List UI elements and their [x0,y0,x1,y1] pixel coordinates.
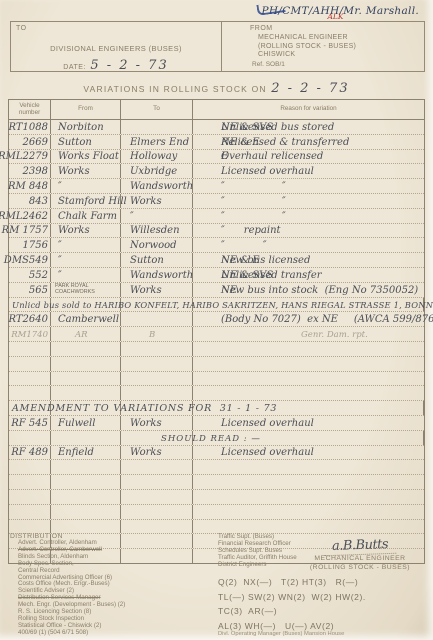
cell-to: Sutton [121,253,193,267]
spanning-note: SHOULD READ : — [161,434,261,444]
table-row: RT1088NorbitonUnlicensed bus storedNE & … [9,120,424,135]
handwritten-reason: Licensed overhaul [221,418,314,430]
handwritten-reason: ″ ″ [221,196,286,208]
variations-table: Vehicle numberFromToReason for variation… [8,99,425,564]
distribution-middle-list: Traffic Supt. (Buses)Financial Research … [218,534,297,569]
handwritten-from: Norbiton [58,122,104,134]
cell-from: Enfield [51,446,121,460]
handwritten-to: Willesden [130,225,180,237]
cell-to: Works [121,446,193,460]
table-row [9,490,424,505]
handwritten-from: ″ [58,255,62,267]
cell-from: Camberwell [51,312,121,326]
cell-to: Works [121,283,193,297]
red-initials: ALK [327,12,343,21]
cell-num [9,342,51,356]
cell-reason: ″ ″ [193,194,424,208]
cell-to [121,475,193,489]
table-row [9,372,424,387]
cell-num [9,520,51,534]
table-row: 2669SuttonElmers EndRelicensed & transfe… [9,135,424,150]
table-row [9,460,424,475]
cell-reason: Unlicensed transferNE & SVS [193,268,424,282]
garage-code-line: TC(3) AR(—) [218,604,366,619]
table-row: 2398WorksUxbridgeLicensed overhaul [9,164,424,179]
table-header-row: Vehicle numberFromToReason for variation [9,100,424,120]
table-row: Unlicd bus sold to HARIBO KONFELT, HARIB… [9,298,424,313]
handwritten-reason: ″ ″ [221,181,286,193]
cell-from: Works [51,224,121,238]
table-row: RF 489EnfieldWorksLicensed overhaul [9,446,424,461]
cell-num [9,505,51,519]
cell-to [121,357,193,371]
cell-reason [193,475,424,489]
handwritten-from: AR [75,329,88,341]
handwritten-reason: Genr. Dam. rpt. [301,329,368,341]
handwritten-from: ″ [58,240,62,252]
cell-reason [193,386,424,400]
table-row: RM 848″Wandsworth″ ″ [9,179,424,194]
table-row: 843Stamford HillWorks″ ″ [9,194,424,209]
cell-num: RF 545 [9,416,51,430]
column-header: To [121,100,193,119]
cell-reason [193,342,424,356]
cell-num [9,386,51,400]
cell-to [121,490,193,504]
stock-code: NE & SVS [221,122,421,134]
garage-code-line: Q(2) NX(—) T(2) HT(3) R(—) [218,575,366,590]
cell-from [51,490,121,504]
handwritten-to: Holloway [130,151,177,163]
cell-from [51,357,121,371]
handwritten-num: RM1740 [11,329,48,341]
handwritten-num: 1756 [23,240,48,252]
cell-reason [193,357,424,371]
cell-num: RM1740 [9,327,51,341]
distribution-item: 400/69 (1) (504 6/71 508) [10,630,210,637]
cell-from: ″ [51,253,121,267]
handwritten-reason: ″ ″ [221,211,286,223]
handwritten-from: Works [58,166,90,178]
cell-to [121,460,193,474]
cell-reason: (Body No 7027) ex NE (AWCA 599/876) [193,312,424,326]
cell-from: Works Float [51,150,121,164]
cell-num: 552 [9,268,51,282]
cell-reason [193,505,424,519]
handwritten-num: RML2279 [0,151,48,163]
cell-from [51,342,121,356]
cell-reason: New bus into stock (Eng No 7350052)NE [193,283,424,297]
date-handwritten: 5 - 2 - 73 [90,58,168,73]
scanned-form-page: PH/CMT/AHH/Mr. Marshall. ALK TO DIVISION… [0,0,433,640]
cell-reason: ″ ″ [193,179,424,193]
cell-to [121,372,193,386]
table-row [9,357,424,372]
column-header: From [51,100,121,119]
codes-footer: Divl. Operating Manager (Buses) Mansion … [218,631,344,637]
handwritten-from: PARK ROYAL COACHWORKS [55,284,95,295]
routing-annotation: PH/CMT/AHH/Mr. Marshall. ALK [261,1,419,19]
handwritten-num: 552 [29,270,48,282]
cell-reason: Licensed overhaul [193,164,424,178]
cell-to: ″ [121,209,193,223]
cell-from [51,475,121,489]
handwritten-num: RT1088 [9,122,48,134]
cell-reason: ″ repaint [193,224,424,238]
handwritten-to: Sutton [130,255,164,267]
handwritten-from: Chalk Farm [58,211,117,223]
handwritten-from: Works Float [58,151,119,163]
signature-script: a.B.Butts [324,537,397,557]
table-row: RM 1757WorksWillesden″ repaint [9,224,424,239]
handwritten-num: RF 545 [11,418,48,430]
cell-num [9,372,51,386]
handwritten-from: Works [58,225,90,237]
handwritten-num: 2669 [23,137,48,149]
cell-to: Elmers End [121,135,193,149]
handwritten-num: DMS549 [4,255,48,267]
cell-reason: ″ ″ [193,238,424,252]
handwritten-to: Works [130,418,162,430]
table-row [9,342,424,357]
table-row: DMS549″SuttonNew bus licensedNE & E [9,253,424,268]
handwritten-num: RM 1757 [2,225,48,237]
cell-from: ″ [51,179,121,193]
cell-num: DMS549 [9,253,51,267]
cell-num [9,475,51,489]
table-row: 565PARK ROYAL COACHWORKSWorksNew bus int… [9,283,424,298]
title-date-handwritten: 2 - 2 - 73 [271,81,349,96]
cell-reason [193,372,424,386]
cell-reason: New bus licensedNE & E [193,253,424,267]
cell-from: ″ [51,268,121,282]
to-label: TO [16,25,27,32]
cell-to [121,505,193,519]
form-title: VARIATIONS IN ROLLING STOCK ON 2 - 2 - 7… [0,79,433,97]
cell-reason: Unlicensed bus storedNE & SVS [193,120,424,134]
cell-to: Willesden [121,224,193,238]
from-label: FROM [250,25,273,32]
table-row: RML2462Chalk Farm″″ ″ [9,209,424,224]
handwritten-num: RM 848 [8,181,48,193]
table-row: RM1740ARBGenr. Dam. rpt. [9,327,424,342]
cell-reason: Licensed overhaul [193,446,424,460]
column-header: Vehicle number [9,100,51,119]
cell-to [121,342,193,356]
garage-codes: Q(2) NX(—) T(2) HT(3) R(—)TL(—) SW(2) WN… [218,575,366,633]
cell-to: Works [121,194,193,208]
cell-from [51,520,121,534]
handwritten-num: RML2462 [0,211,48,223]
cell-reason: Genr. Dam. rpt. [193,327,424,341]
cell-num: RML2462 [9,209,51,223]
cell-num: RM 848 [9,179,51,193]
cell-num [9,357,51,371]
handwritten-to: Elmers End [130,137,189,149]
handwritten-from: Enfield [58,447,94,459]
handwritten-num: RF 489 [11,447,48,459]
cell-from: Chalk Farm [51,209,121,223]
handwritten-from: ″ [58,181,62,193]
table-row: SHOULD READ : — [9,431,424,446]
handwritten-num: 2398 [23,166,48,178]
distribution-list: DISTRIBUTION Advert. Controller, Aldenha… [10,533,210,637]
cell-from: AR [51,327,121,341]
table-row [9,386,424,401]
cell-from [51,505,121,519]
handwritten-from: Stamford Hill [58,196,127,208]
cell-from [51,460,121,474]
cell-reason: ″ ″ [193,209,424,223]
distribution-items: Advert. Controller, AldenhamAdvert. Cont… [10,540,210,637]
table-row [9,475,424,490]
column-header: Reason for variation [193,100,424,119]
title-printed: VARIATIONS IN ROLLING STOCK ON [83,84,266,94]
cell-num: RF 489 [9,446,51,460]
cell-num [9,431,51,445]
date-line: DATE: 5 - 2 - 73 [11,56,221,74]
cell-to [121,312,193,326]
cell-num: RM 1757 [9,224,51,238]
handwritten-to: Wandsworth [130,270,193,282]
to-value: DIVISIONAL ENGINEERS (BUSES) [11,44,221,53]
cell-num: 2669 [9,135,51,149]
cell-from: Works [51,164,121,178]
handwritten-from: ″ [58,270,62,282]
signature-title-1: MECHANICAL ENGINEER [295,555,425,564]
handwritten-reason: Licensed overhaul [221,166,314,178]
handwritten-to: ″ [130,211,134,223]
cell-reason: Licensed overhaul [193,416,424,430]
cell-from: Norbiton [51,120,121,134]
table-row [9,505,424,520]
handwritten-from: Camberwell [58,314,119,326]
cell-to: Norwood [121,238,193,252]
cell-to [121,520,193,534]
cell-from: ″ [51,238,121,252]
handwritten-from: Sutton [58,137,92,149]
from-ref: Ref. SOB/1 [252,61,285,68]
cell-num: 1756 [9,238,51,252]
to-box: TO DIVISIONAL ENGINEERS (BUSES) DATE: 5 … [10,21,222,72]
cell-to: Wandsworth [121,268,193,282]
handwritten-to: Works [130,447,162,459]
handwritten-reason: ″ repaint [221,225,281,237]
handwritten-to: Wandsworth [130,181,193,193]
handwritten-num: RT2640 [9,314,48,326]
cell-to [121,120,193,134]
date-label: DATE: [63,64,86,71]
cell-from [51,386,121,400]
cell-from [51,372,121,386]
cell-num: 565 [9,283,51,297]
handwritten-to: Works [130,196,162,208]
handwritten-from: Fulwell [58,418,95,430]
cell-to [121,386,193,400]
cell-to: Uxbridge [121,164,193,178]
cell-to: Wandsworth [121,179,193,193]
table-row: 1756″Norwood″ ″ [9,238,424,253]
from-address: MECHANICAL ENGINEER (ROLLING STOCK - BUS… [258,34,356,60]
stock-code: NE & E [221,255,421,267]
stock-code: NE & E [221,137,421,149]
cell-to: Works [121,416,193,430]
handwritten-to: Works [130,285,162,297]
stock-code: E [221,151,421,163]
garage-code-line: TL(—) SW(2) WN(2) W(2) HW(2). [218,590,366,605]
handwritten-reason: (Body No 7027) ex NE (AWCA 599/876) [221,314,433,326]
table-row: RML2279Works FloatHollowayOverhaul relic… [9,150,424,165]
signature-block: a.B.Butts MECHANICAL ENGINEER (ROLLING S… [295,536,425,572]
cell-num: RML2279 [9,150,51,164]
cell-reason: Overhaul relicensedE [193,150,424,164]
stock-code: NE & SVS [221,270,421,282]
handwritten-num: 843 [29,196,48,208]
cell-num: 843 [9,194,51,208]
handwritten-to: Uxbridge [130,166,177,178]
spanning-note: AMENDMENT TO VARIATIONS FOR 31 - 1 - 73 [12,403,277,414]
cell-num: 2398 [9,164,51,178]
handwritten-to: B [149,329,155,341]
cell-from: Stamford Hill [51,194,121,208]
table-row: RF 545FulwellWorksLicensed overhaul [9,416,424,431]
cell-from: Fulwell [51,416,121,430]
cell-from [51,431,121,445]
table-row: RT2640Camberwell(Body No 7027) ex NE (AW… [9,312,424,327]
cell-reason [193,520,424,534]
distribution-item: District Engineers [218,562,297,569]
handwritten-num: 565 [29,285,48,297]
cell-num [9,490,51,504]
handwritten-to: Norwood [130,240,177,252]
cell-reason [193,460,424,474]
cell-num: RT2640 [9,312,51,326]
table-body: RT1088NorbitonUnlicensed bus storedNE & … [9,120,424,563]
cell-reason: Relicensed & transferredNE & E [193,135,424,149]
stock-code: NE [221,285,421,297]
spanning-note: Unlicd bus sold to HARIBO KONFELT, HARIB… [12,300,433,310]
signature-title-2: (ROLLING STOCK - BUSES) [295,564,425,573]
cell-num: RT1088 [9,120,51,134]
handwritten-reason: ″ ″ [221,240,267,252]
handwritten-reason: Licensed overhaul [221,447,314,459]
cell-from: PARK ROYAL COACHWORKS [51,283,121,297]
cell-reason [193,490,424,504]
cell-num [9,460,51,474]
table-row: 552″WandsworthUnlicensed transferNE & SV… [9,268,424,283]
cell-to: Holloway [121,150,193,164]
from-box: FROM MECHANICAL ENGINEER (ROLLING STOCK … [222,21,425,72]
cell-to: B [121,327,193,341]
table-row: AMENDMENT TO VARIATIONS FOR 31 - 1 - 73 [9,401,424,416]
cell-from: Sutton [51,135,121,149]
